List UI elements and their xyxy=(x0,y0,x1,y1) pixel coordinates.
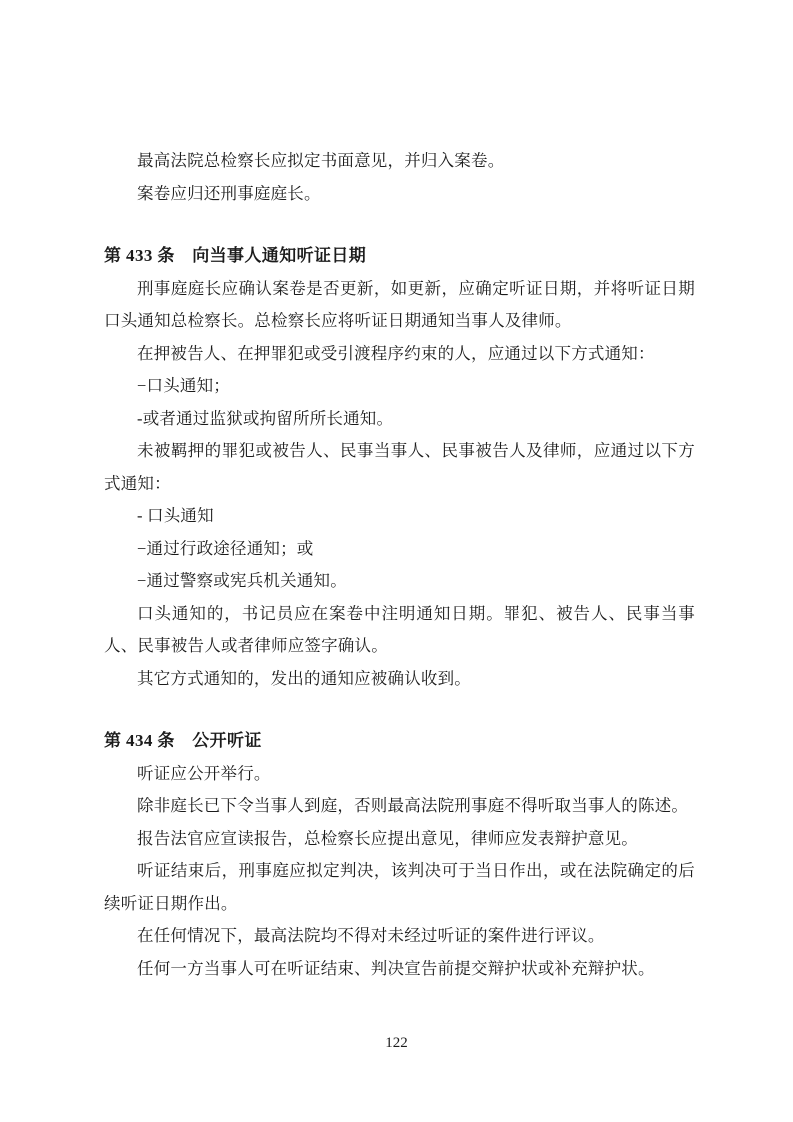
article-433-heading: 第 433 条 向当事人通知听证日期 xyxy=(104,240,695,273)
paragraph: 除非庭长已下令当事人到庭，否则最高法院刑事庭不得听取当事人的陈述。 xyxy=(104,790,695,823)
paragraph: 口头通知的，书记员应在案卷中注明通知日期。罪犯、被告人、民事当事人、民事被告人或… xyxy=(104,598,695,663)
list-item-dash: - 口头通知 xyxy=(104,500,695,533)
list-item-dash: −口头通知； xyxy=(104,370,695,403)
paragraph: 未被羁押的罪犯或被告人、民事当事人、民事被告人及律师，应通过以下方式通知： xyxy=(104,435,695,500)
paragraph: 听证结束后，刑事庭应拟定判决，该判决可于当日作出，或在法院确定的后续听证日期作出… xyxy=(104,855,695,920)
paragraph: 任何一方当事人可在听证结束、判决宣告前提交辩护状或补充辩护状。 xyxy=(104,953,695,986)
paragraph: 在押被告人、在押罪犯或受引渡程序约束的人，应通过以下方式通知： xyxy=(104,338,695,371)
paragraph: 案卷应归还刑事庭庭长。 xyxy=(104,178,695,211)
page-number: 122 xyxy=(0,1033,793,1053)
paragraph: 报告法官应宣读报告，总检察长应提出意见，律师应发表辩护意见。 xyxy=(104,823,695,856)
list-item-dash: −通过行政途径通知；或 xyxy=(104,533,695,566)
paragraph: 其它方式通知的，发出的通知应被确认收到。 xyxy=(104,663,695,696)
list-item-dash: -或者通过监狱或拘留所所长通知。 xyxy=(104,403,695,436)
document-page: 最高法院总检察长应拟定书面意见，并归入案卷。 案卷应归还刑事庭庭长。 第 433… xyxy=(0,0,793,1122)
document-body: 最高法院总检察长应拟定书面意见，并归入案卷。 案卷应归还刑事庭庭长。 第 433… xyxy=(104,145,695,985)
paragraph: 听证应公开举行。 xyxy=(104,758,695,791)
paragraph: 最高法院总检察长应拟定书面意见，并归入案卷。 xyxy=(104,145,695,178)
paragraph: 刑事庭庭长应确认案卷是否更新，如更新，应确定听证日期，并将听证日期口头通知总检察… xyxy=(104,273,695,338)
list-item-dash: −通过警察或宪兵机关通知。 xyxy=(104,565,695,598)
article-434-heading: 第 434 条 公开听证 xyxy=(104,725,695,758)
paragraph: 在任何情况下，最高法院均不得对未经过听证的案件进行评议。 xyxy=(104,920,695,953)
